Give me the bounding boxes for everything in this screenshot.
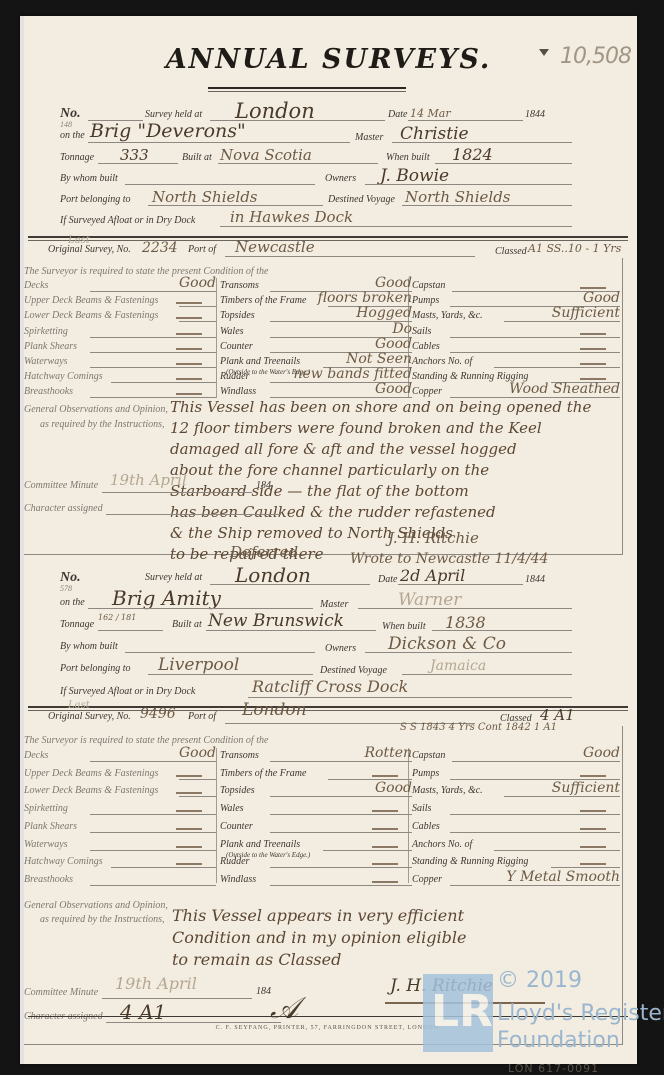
label-port-belonging: Port belonging to <box>60 194 131 205</box>
label-built-at-2: Built at <box>172 619 202 630</box>
title-rule <box>208 87 406 89</box>
survey-1-original-no: 2234 <box>142 240 178 256</box>
observation-line: damaged all fore & aft and the vessel ho… <box>170 439 591 460</box>
label-anchors-no-of: Anchors No. of <box>412 839 472 850</box>
survey-1-col2-value-7: Good <box>375 381 412 397</box>
observation-line: This Vessel has been on shore and on bei… <box>170 397 591 418</box>
survey-2-owners: Dickson & Co <box>388 634 506 654</box>
survey-2-date: 2d April <box>400 566 465 585</box>
label-anchors-no-of: Anchors No. of <box>412 356 472 367</box>
survey-1-date: 14 Mar <box>410 107 451 120</box>
dash-mark <box>176 378 202 380</box>
label-hatchway-comings: Hatchway Comings <box>24 371 103 382</box>
dash-mark <box>372 775 398 777</box>
dash-mark <box>176 792 202 794</box>
observation-line: to remain as Classed <box>172 949 466 971</box>
watermark-line1: Lloyd's Register <box>497 1001 664 1026</box>
dash-mark <box>580 846 606 848</box>
label-rudder: Rudder <box>220 856 249 867</box>
survey-2-col1-value-0: Good <box>179 745 216 761</box>
survey-2-original-prefix: Last <box>68 700 90 711</box>
label-afloat-dry-dock: If Surveyed Afloat or in Dry Dock <box>60 215 195 226</box>
label-destined-voyage-2: Destined Voyage <box>320 665 387 676</box>
survey-2-port-of: London <box>242 700 307 720</box>
label-breasthooks: Breasthooks <box>24 874 73 885</box>
label-master-2: Master <box>320 599 348 610</box>
dash-mark <box>176 363 202 365</box>
initials-mark: 𝒜 <box>270 991 298 1026</box>
label-afloat-dry-dock-2: If Surveyed Afloat or in Dry Dock <box>60 686 195 697</box>
survey-2-col3-value-7: Y Metal Smooth <box>506 869 620 885</box>
survey-2-observations: This Vessel appears in very efficientCon… <box>172 905 466 971</box>
label-tonnage: Tonnage <box>60 152 94 163</box>
dash-mark <box>176 863 202 865</box>
label-windlass: Windlass <box>220 386 256 397</box>
label-classed: Classed <box>495 246 527 257</box>
label-spirketting: Spirketting <box>24 803 68 814</box>
label-by-whom-built-2: By whom built <box>60 641 118 652</box>
dash-mark <box>372 863 398 865</box>
dash-mark <box>176 775 202 777</box>
dash-mark <box>176 302 202 304</box>
tick-mark-icon <box>539 49 549 56</box>
survey-1-master: Christie <box>400 124 469 144</box>
watermark-copyright: © 2019 <box>497 968 582 993</box>
label-topsides: Topsides <box>220 310 255 321</box>
label-year-184-2: 184 <box>256 986 271 997</box>
observation-line: This Vessel appears in very efficient <box>172 905 466 927</box>
label-upper-deck-beams-fastenings: Upper Deck Beams & Fastenings <box>24 768 158 779</box>
label-spirketting: Spirketting <box>24 326 68 337</box>
label-character-assigned: Character assigned <box>24 503 103 514</box>
survey-1-owners: J. Bowie <box>380 166 449 186</box>
label-cables: Cables <box>412 341 440 352</box>
survey-2-committee-minute: 19th April <box>115 974 197 993</box>
survey-2-afloat-dry-dock: Ratcliff Cross Dock <box>252 677 408 696</box>
label-general-obs-2-2: as required by the Instructions, <box>40 914 165 925</box>
dash-mark <box>580 378 606 380</box>
dash-mark <box>580 333 606 335</box>
label-transoms: Transoms <box>220 750 259 761</box>
label-by-whom-built: By whom built <box>60 173 118 184</box>
label-plank-shears: Plank Shears <box>24 821 77 832</box>
label-sails: Sails <box>412 326 431 337</box>
survey-2-character-assigned: 4 A1 <box>120 1000 166 1024</box>
survey-1-port-of: Newcastle <box>235 238 315 256</box>
label-general-obs-2: as required by the Instructions, <box>40 419 165 430</box>
observation-line: 12 floor timbers were found broken and t… <box>170 418 591 439</box>
label-masts-yards-c: Masts, Yards, &c. <box>412 785 483 796</box>
label-wales: Wales <box>220 803 244 814</box>
survey-1-surveyor-signature: J. H. Ritchie <box>388 529 479 547</box>
label-owners: Owners <box>325 173 356 184</box>
label-rudder: Rudder <box>220 371 249 382</box>
survey-1-col2-value-1: floors broken <box>318 290 412 306</box>
survey-2-master: Warner <box>398 590 461 610</box>
label-survey-held-at-2: Survey held at <box>145 572 202 583</box>
label-cables: Cables <box>412 821 440 832</box>
label-waterways: Waterways <box>24 839 68 850</box>
label-port-of-2: Port of <box>188 711 216 722</box>
observation-line: about the fore channel particularly on t… <box>170 460 591 481</box>
survey-2-col3-value-0: Good <box>583 745 620 761</box>
label-when-built: When built <box>386 152 430 163</box>
label-original-survey: Original Survey, No. <box>48 244 131 255</box>
survey-1-col3-value-1: Good <box>583 290 620 306</box>
survey-1-port-belonging: North Shields <box>152 188 258 206</box>
dash-mark <box>580 810 606 812</box>
dash-mark <box>580 863 606 865</box>
watermark-line2: Foundation <box>497 1028 620 1053</box>
survey-1-col3-value-2: Sufficient <box>552 305 620 321</box>
label-plank-shears: Plank Shears <box>24 341 77 352</box>
label-committee-minute-2: Committee Minute <box>24 987 98 998</box>
title-rule-thin <box>208 91 406 92</box>
label-copper: Copper <box>412 874 442 885</box>
dash-mark <box>176 393 202 395</box>
label-general-obs-1-2: General Observations and Opinion, <box>24 900 168 911</box>
label-timbers-of-the-frame: Timbers of the Frame <box>220 768 306 779</box>
label-transoms: Transoms <box>220 280 259 291</box>
survey-1-year: 1844 <box>525 109 545 120</box>
survey-1-vessel: Brig "Deverons" <box>90 120 246 142</box>
survey-2-original-no: 9496 <box>140 706 176 722</box>
survey-1-annotation: Wrote to Newcastle 11/4/44 <box>350 551 548 567</box>
label-standing-running-rigging: Standing & Running Rigging <box>412 856 528 867</box>
dash-mark <box>176 333 202 335</box>
label-timbers-of-the-frame: Timbers of the Frame <box>220 295 306 306</box>
label-plank-and-treenails: Plank and Treenails <box>220 356 300 367</box>
label-windlass: Windlass <box>220 874 256 885</box>
survey-1-committee-minute: 19th April <box>110 471 187 489</box>
dash-mark <box>372 810 398 812</box>
survey-1-col2-value-5: Not Seen <box>346 351 412 367</box>
label-topsides: Topsides <box>220 785 255 796</box>
survey-1-col2-value-4: Good <box>375 336 412 352</box>
label-wales: Wales <box>220 326 244 337</box>
survey-2-col3-value-2: Sufficient <box>552 780 620 796</box>
label-date: Date <box>388 109 407 120</box>
label-capstan: Capstan <box>412 280 445 291</box>
dash-mark <box>580 348 606 350</box>
survey-1-col2-value-2: Hogged <box>356 305 412 321</box>
label-decks: Decks <box>24 280 48 291</box>
survey-1-col1-value-0: Good <box>179 275 216 291</box>
survey-1-tonnage: 333 <box>120 146 149 164</box>
label-survey-held-at: Survey held at <box>145 109 202 120</box>
label-decks: Decks <box>24 750 48 761</box>
label-on-the: on the <box>60 130 85 141</box>
survey-1-afloat-dry-dock: in Hawkes Dock <box>230 208 353 226</box>
label-plank-and-treenails: Plank and Treenails <box>220 839 300 850</box>
label-pumps: Pumps <box>412 768 439 779</box>
label-committee-minute: Committee Minute <box>24 480 98 491</box>
survey-1-built-at: Nova Scotia <box>220 146 312 164</box>
label-upper-deck-beams-fastenings: Upper Deck Beams & Fastenings <box>24 295 158 306</box>
label-master: Master <box>355 132 383 143</box>
dash-mark <box>372 846 398 848</box>
label-capstan: Capstan <box>412 750 445 761</box>
label-when-built-2: When built <box>382 621 426 632</box>
survey-2-col2-value-0: Rotten <box>364 745 412 761</box>
survey-2-tonnage: 162 / 181 <box>98 613 136 622</box>
survey-1-deferred-note: Deferred <box>230 543 298 561</box>
label-general-obs-1: General Observations and Opinion, <box>24 404 168 415</box>
label-lower-deck-beams-fastenings: Lower Deck Beams & Fastenings <box>24 310 158 321</box>
label-masts-yards-c: Masts, Yards, &c. <box>412 310 483 321</box>
label-on-the-2: on the <box>60 597 85 608</box>
label-original-survey-2: Original Survey, No. <box>48 711 131 722</box>
survey-1-number: 148 <box>60 120 72 129</box>
survey-1-when-built: 1824 <box>452 145 493 164</box>
observation-line: Condition and in my opinion eligible <box>172 927 466 949</box>
label-sails: Sails <box>412 803 431 814</box>
dash-mark <box>580 287 606 289</box>
lr-logo-icon: LR <box>423 974 493 1052</box>
survey-2-port-belonging: Liverpool <box>158 655 239 675</box>
label-counter: Counter <box>220 341 253 352</box>
label-tonnage-2: Tonnage <box>60 619 94 630</box>
survey-1-col3-value-7: Wood Sheathed <box>509 381 620 397</box>
dash-mark <box>176 846 202 848</box>
survey-2-vessel: Brig Amity <box>112 586 221 610</box>
survey-2-col2-value-2: Good <box>375 780 412 796</box>
label-copper: Copper <box>412 386 442 397</box>
label-hatchway-comings: Hatchway Comings <box>24 856 103 867</box>
label-breasthooks: Breasthooks <box>24 386 73 397</box>
dash-mark <box>372 828 398 830</box>
observation-line: has been Caulked & the rudder refastened <box>170 502 591 523</box>
dash-mark <box>176 317 202 319</box>
survey-1-classed: A1 SS..10 - 1 Yrs <box>528 242 621 255</box>
survey-1-col2-value-6: new bands fitted <box>294 366 413 382</box>
label-owners-2: Owners <box>325 643 356 654</box>
label-waterways: Waterways <box>24 356 68 367</box>
archive-reference: LON 617-0091 <box>508 1062 599 1075</box>
label-year-184: 184 <box>256 480 271 491</box>
survey-document: ANNUAL SURVEYS. 10,508 No. 148 Survey he… <box>20 16 637 1064</box>
survey-1-observations: This Vessel has been on shore and on bei… <box>170 397 591 565</box>
survey-2-destined-voyage: Jamaica <box>430 658 486 674</box>
label-built-at: Built at <box>182 152 212 163</box>
label-destined-voyage: Destined Voyage <box>328 194 395 205</box>
observation-line: & the Ship removed to North Shields <box>170 523 591 544</box>
survey-1-destined-voyage: North Shields <box>405 188 511 206</box>
label-port-of: Port of <box>188 244 216 255</box>
label-lower-deck-beams-fastenings: Lower Deck Beams & Fastenings <box>24 785 158 796</box>
label-date-2: Date <box>378 574 397 585</box>
dash-mark <box>580 363 606 365</box>
dash-mark <box>580 828 606 830</box>
dash-mark <box>372 881 398 883</box>
survey-2-number: 578 <box>60 584 72 593</box>
survey-1-col2-value-3: Do <box>392 321 412 337</box>
dash-mark <box>176 810 202 812</box>
label-pumps: Pumps <box>412 295 439 306</box>
label-port-belonging-2: Port belonging to <box>60 663 131 674</box>
survey-2-built-at: New Brunswick <box>208 611 344 631</box>
dash-mark <box>176 828 202 830</box>
survey-2-year: 1844 <box>525 574 545 585</box>
survey-1-col2-value-0: Good <box>375 275 412 291</box>
dash-mark <box>176 348 202 350</box>
dash-mark <box>580 775 606 777</box>
catalog-number: 10,508 <box>560 44 631 69</box>
label-counter: Counter <box>220 821 253 832</box>
survey-1-held-at: London <box>235 99 315 123</box>
